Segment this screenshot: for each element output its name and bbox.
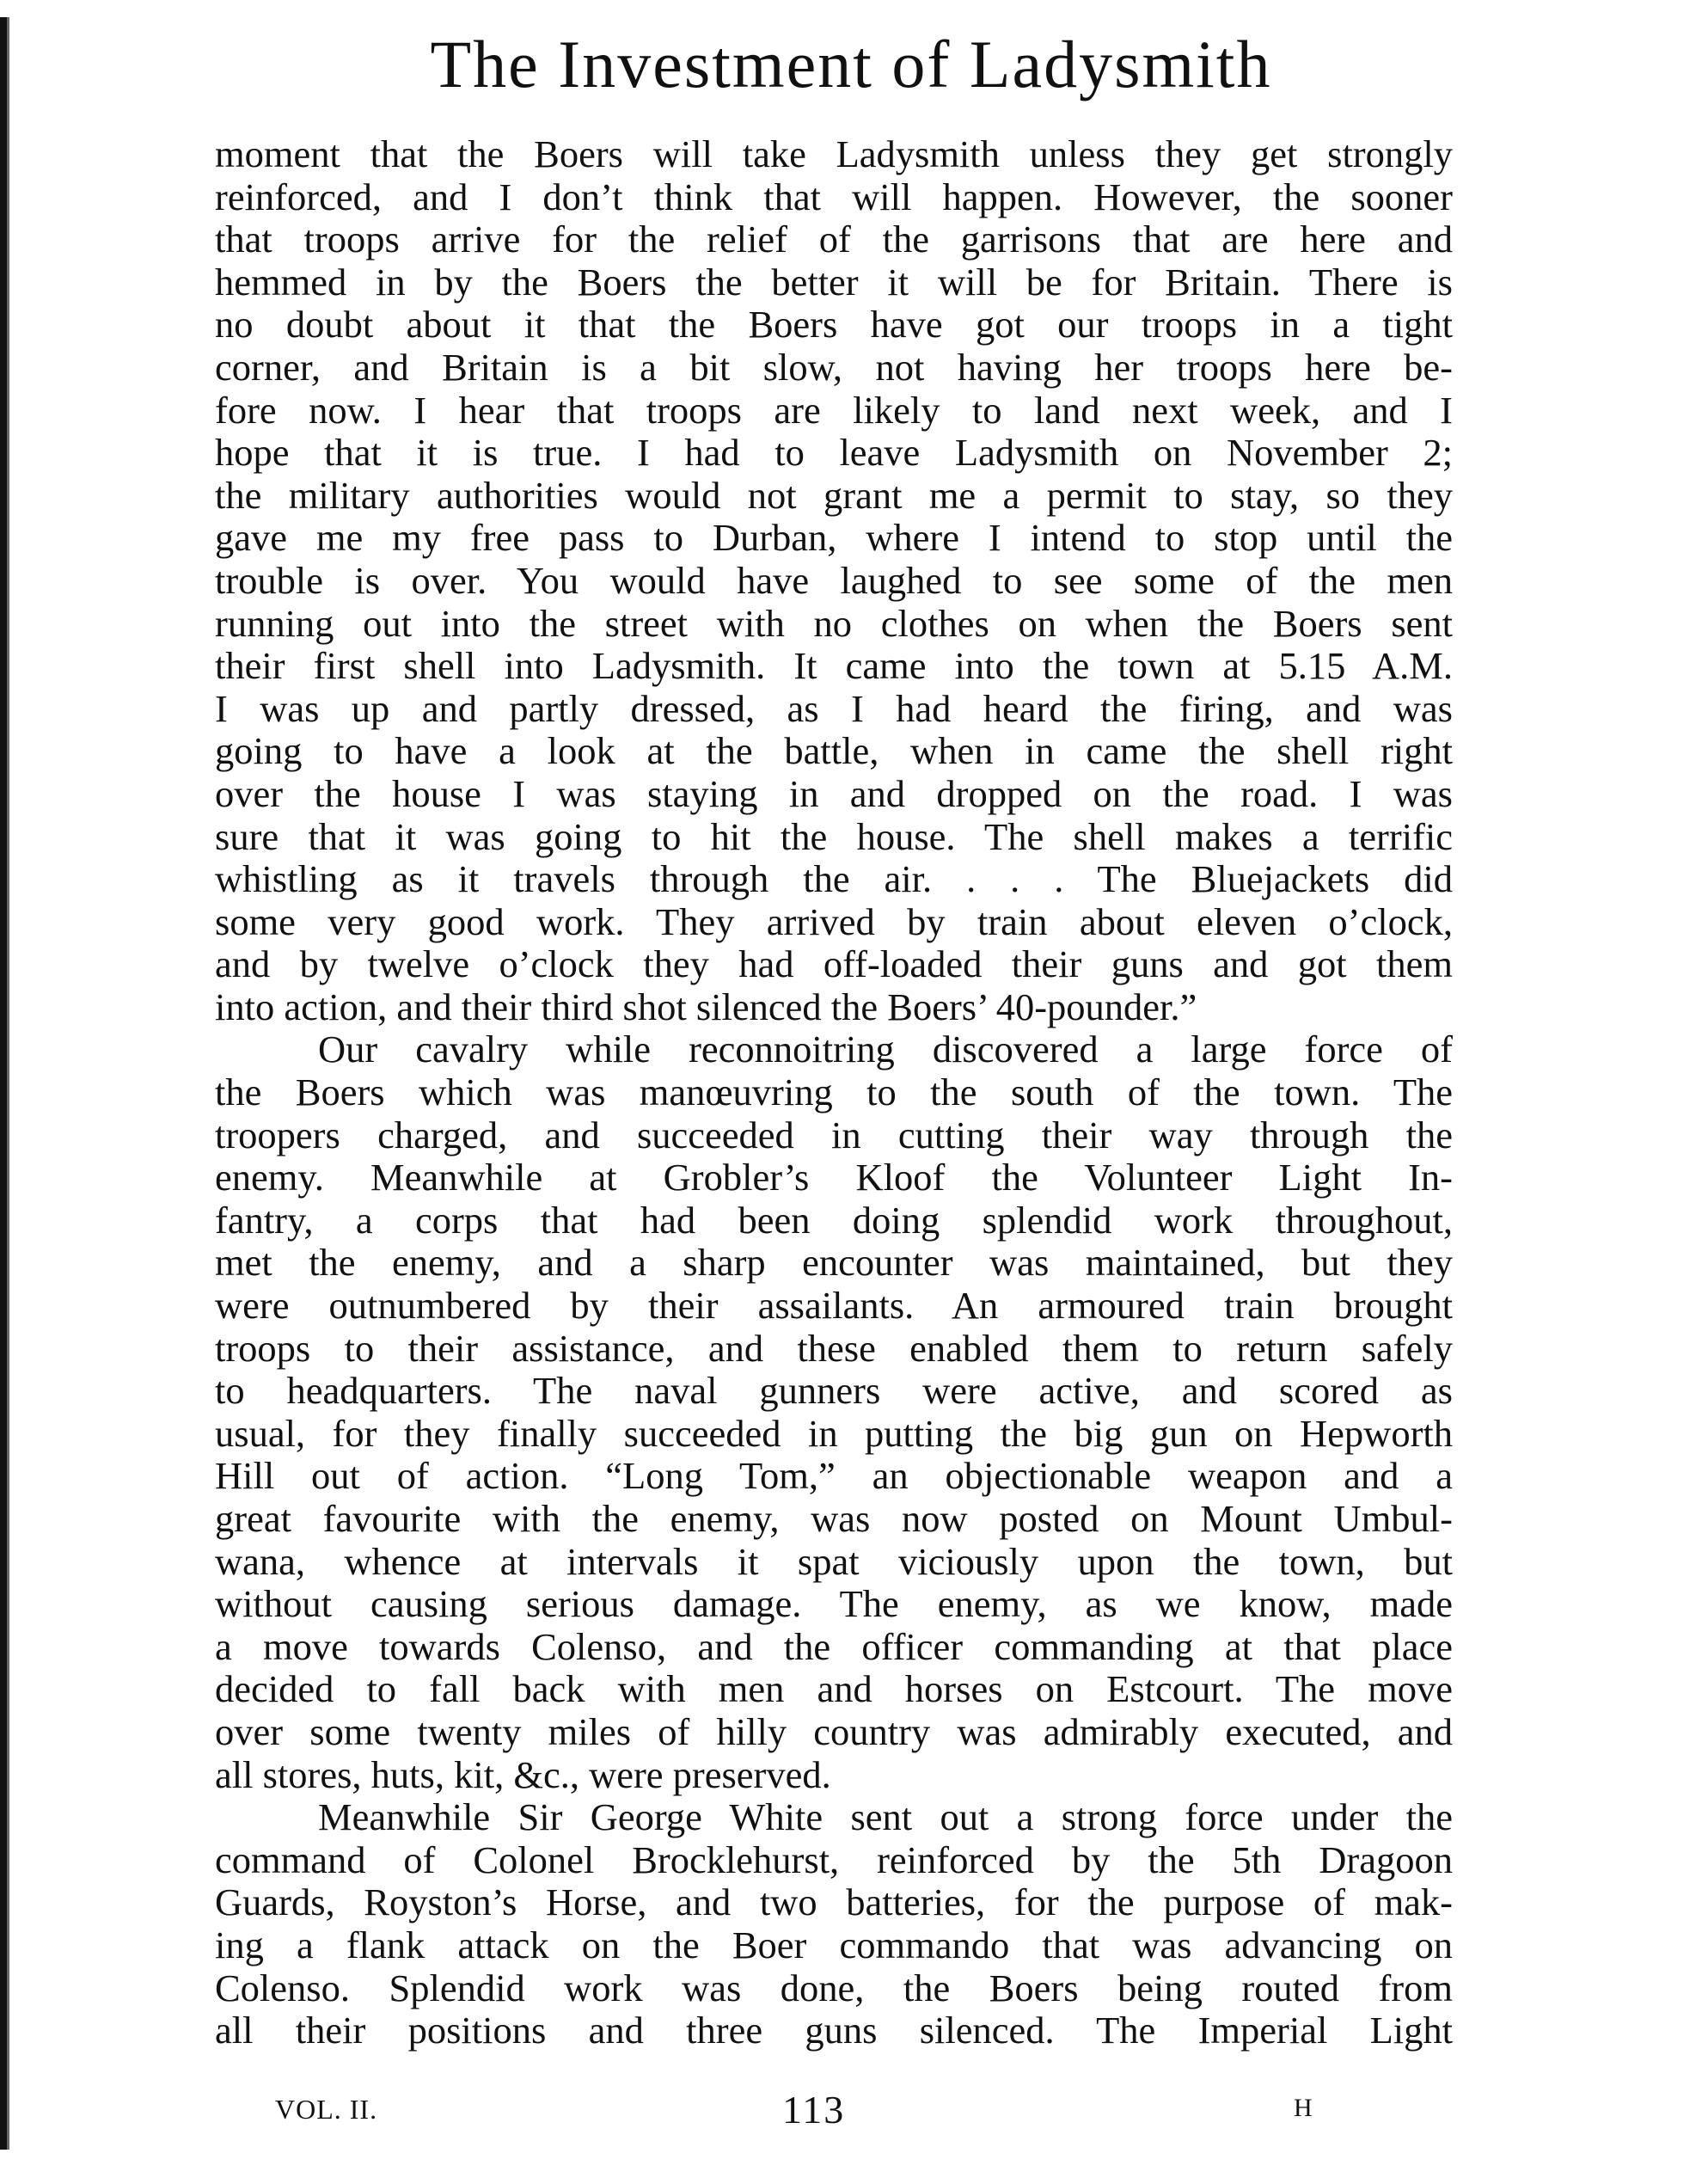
text-line: hope that it is true. I had to leave Lad… <box>215 432 1453 475</box>
text-line: going to have a look at the battle, when… <box>215 730 1453 773</box>
text-line: running out into the street with no clot… <box>215 603 1453 646</box>
text-line: fore now. I hear that troops are likely … <box>215 390 1453 433</box>
text-line: enemy. Meanwhile at Grobler’s Kloof the … <box>215 1156 1453 1199</box>
text-line: wana, whence at intervals it spat viciou… <box>215 1541 1453 1584</box>
text-line: Guards, Royston’s Horse, and two batteri… <box>215 1881 1453 1924</box>
paragraph-3: Meanwhile Sir George White sent out a st… <box>215 1796 1453 2052</box>
volume-label: VOL. II. <box>275 2094 377 2126</box>
text-line: hemmed in by the Boers the better it wil… <box>215 261 1453 304</box>
text-line: great favourite with the enemy, was now … <box>215 1498 1453 1541</box>
text-line: ing a flank attack on the Boer commando … <box>215 1924 1453 1967</box>
text-line: over some twenty miles of hilly country … <box>215 1711 1453 1754</box>
text-line: Meanwhile Sir George White sent out a st… <box>215 1796 1453 1839</box>
text-line: Colenso. Splendid work was done, the Boe… <box>215 1967 1453 2010</box>
text-line: fantry, a corps that had been doing sple… <box>215 1199 1453 1242</box>
text-line: without causing serious damage. The enem… <box>215 1583 1453 1626</box>
text-line: usual, for they finally succeeded in put… <box>215 1413 1453 1456</box>
text-line: reinforced, and I don’t think that will … <box>215 176 1453 219</box>
text-line: trouble is over. You would have laughed … <box>215 560 1453 603</box>
text-line: moment that the Boers will take Ladysmit… <box>215 133 1453 176</box>
text-line: their first shell into Ladysmith. It cam… <box>215 645 1453 688</box>
text-line: no doubt about it that the Boers have go… <box>215 304 1453 347</box>
page-footer: VOL. II. 113 H <box>0 2094 1702 2145</box>
text-line: some very good work. They arrived by tra… <box>215 901 1453 944</box>
running-head: The Investment of Ladysmith <box>0 26 1702 103</box>
text-line: the military authorities would not grant… <box>215 475 1453 518</box>
text-line: sure that it was going to hit the house.… <box>215 816 1453 859</box>
signature-mark: H <box>1294 2094 1313 2123</box>
text-line: Our cavalry while reconnoitring discover… <box>215 1028 1453 1071</box>
text-line: all stores, huts, kit, &c., were preserv… <box>215 1754 1453 1797</box>
text-line: that troops arrive for the relief of the… <box>215 218 1453 261</box>
text-line: gave me my free pass to Durban, where I … <box>215 517 1453 560</box>
book-binding-edge <box>0 17 15 2150</box>
text-line: whistling as it travels through the air.… <box>215 858 1453 901</box>
text-line: all their positions and three guns silen… <box>215 2009 1453 2052</box>
text-line: the Boers which was manœuvring to the so… <box>215 1071 1453 1114</box>
text-line: into action, and their third shot silenc… <box>215 986 1453 1029</box>
text-line: a move towards Colenso, and the officer … <box>215 1626 1453 1669</box>
text-line: Hill out of action. “Long Tom,” an objec… <box>215 1455 1453 1498</box>
page-number: 113 <box>782 2087 845 2132</box>
text-line: troops to their assistance, and these en… <box>215 1328 1453 1371</box>
text-line: to headquarters. The naval gunners were … <box>215 1370 1453 1413</box>
paragraph-2: Our cavalry while reconnoitring discover… <box>215 1028 1453 1796</box>
text-line: troopers charged, and succeeded in cutti… <box>215 1114 1453 1157</box>
text-line: I was up and partly dressed, as I had he… <box>215 688 1453 731</box>
text-line: over the house I was staying in and drop… <box>215 773 1453 816</box>
text-line: were outnumbered by their assailants. An… <box>215 1285 1453 1328</box>
text-line: command of Colonel Brocklehurst, reinfor… <box>215 1839 1453 1882</box>
text-line: corner, and Britain is a bit slow, not h… <box>215 347 1453 390</box>
text-line: decided to fall back with men and horses… <box>215 1668 1453 1711</box>
text-line: and by twelve o’clock they had off-loade… <box>215 943 1453 986</box>
text-line: met the enemy, and a sharp encounter was… <box>215 1242 1453 1285</box>
paragraph-1: moment that the Boers will take Ladysmit… <box>215 133 1453 1028</box>
body-text: moment that the Boers will take Ladysmit… <box>215 133 1453 2052</box>
